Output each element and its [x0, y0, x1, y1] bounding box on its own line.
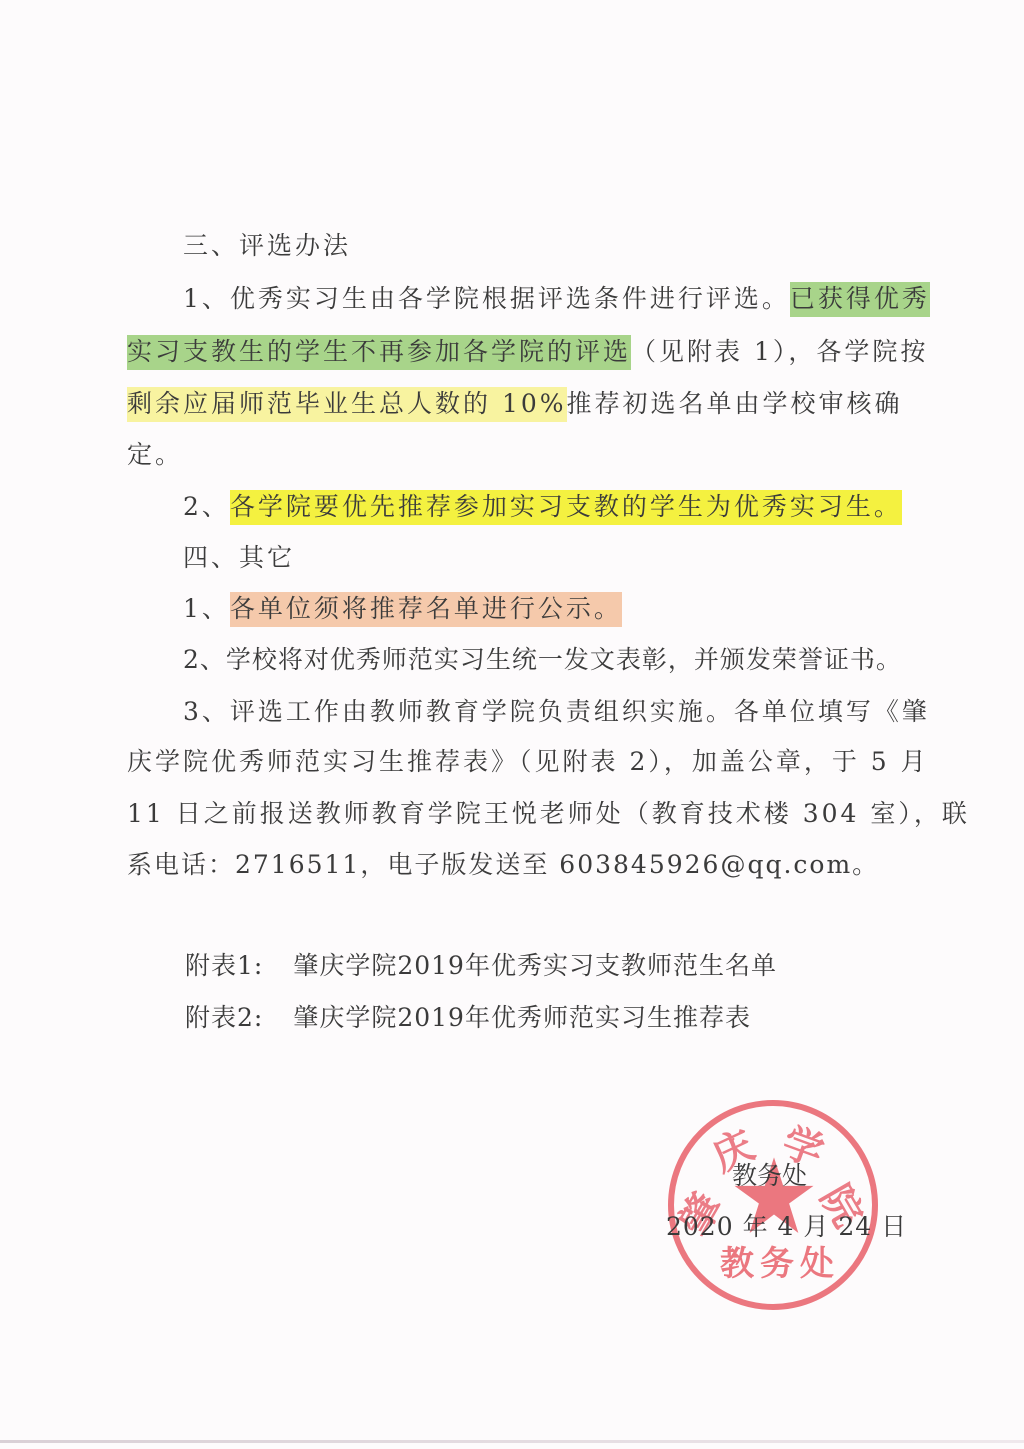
section-3-item-2: 2、各学院要优先推荐参加实习支教的学生为优秀实习生。 [183, 487, 902, 527]
section-4-item-3-line-2: 庆学院优秀师范实习生推荐表》（见附表 2），加盖公章，于 5 月 [127, 742, 929, 782]
section-3-item-1-line-4: 定。 [127, 435, 183, 475]
signature-office: 教务处 [732, 1156, 807, 1192]
section-3-item-1-line-2: 实习支教生的学生不再参加各学院的评选（见附表 1），各学院按 [127, 332, 928, 372]
attachment-label: 附表1: [185, 951, 263, 980]
attachment-label: 附表2: [185, 1003, 263, 1032]
yellow-highlight: 各学院要优先推荐参加实习支教的学生为优秀实习生。 [230, 490, 902, 525]
attachment-title: 肇庆学院2019年优秀师范实习生推荐表 [293, 1003, 751, 1032]
section-3-item-1-line-1: 1、优秀实习生由各学院根据评选条件进行评选。已获得优秀 [183, 279, 930, 319]
orange-highlight: 各单位须将推荐名单进行公示。 [230, 592, 622, 627]
item-prefix: 2、 [183, 492, 230, 521]
plain-text: （见附表 1），各学院按 [631, 337, 928, 366]
section-4-item-3-line-1: 3、评选工作由教师教育学院负责组织实施。各单位填写《肇 [183, 692, 930, 732]
section-3-heading: 三、评选办法 [183, 226, 351, 266]
attachment-1: 附表1:肇庆学院2019年优秀实习支教师范生名单 [185, 946, 777, 986]
section-4-item-1: 1、各单位须将推荐名单进行公示。 [183, 589, 622, 629]
item-prefix: 1、 [183, 594, 230, 623]
signature-date: 2020 年 4 月 24 日 [666, 1207, 907, 1243]
plain-text: 1、优秀实习生由各学院根据评选条件进行评选。 [183, 284, 790, 313]
green-highlight: 已获得优秀 [790, 282, 930, 317]
green-highlight: 实习支教生的学生不再参加各学院的评选 [127, 335, 631, 370]
page-edge [0, 1440, 1024, 1443]
section-4-item-3-line-4: 系电话：2716511，电子版发送至 603845926@qq.com。 [127, 845, 879, 885]
attachment-2: 附表2:肇庆学院2019年优秀师范实习生推荐表 [185, 998, 751, 1038]
section-4-item-2: 2、学校将对优秀师范实习生统一发文表彰，并颁发荣誉证书。 [183, 640, 902, 680]
section-3-item-1-line-3: 剩余应届师范毕业生总人数的 10%推荐初选名单由学校审核确 [127, 384, 903, 424]
yellow-highlight: 剩余应届师范毕业生总人数的 10% [127, 387, 567, 422]
attachment-title: 肇庆学院2019年优秀实习支教师范生名单 [293, 951, 777, 980]
section-4-heading: 四、其它 [183, 538, 295, 578]
section-4-item-3-line-3: 11 日之前报送教师教育学院王悦老师处（教育技术楼 304 室），联 [127, 794, 970, 834]
document-page: 三、评选办法 1、优秀实习生由各学院根据评选条件进行评选。已获得优秀 实习支教生… [0, 0, 1024, 1449]
official-seal: 肇 庆 学 院 教务处 [668, 1100, 878, 1310]
plain-text: 推荐初选名单由学校审核确 [567, 389, 903, 418]
seal-bottom-text: 教务处 [720, 1236, 840, 1285]
